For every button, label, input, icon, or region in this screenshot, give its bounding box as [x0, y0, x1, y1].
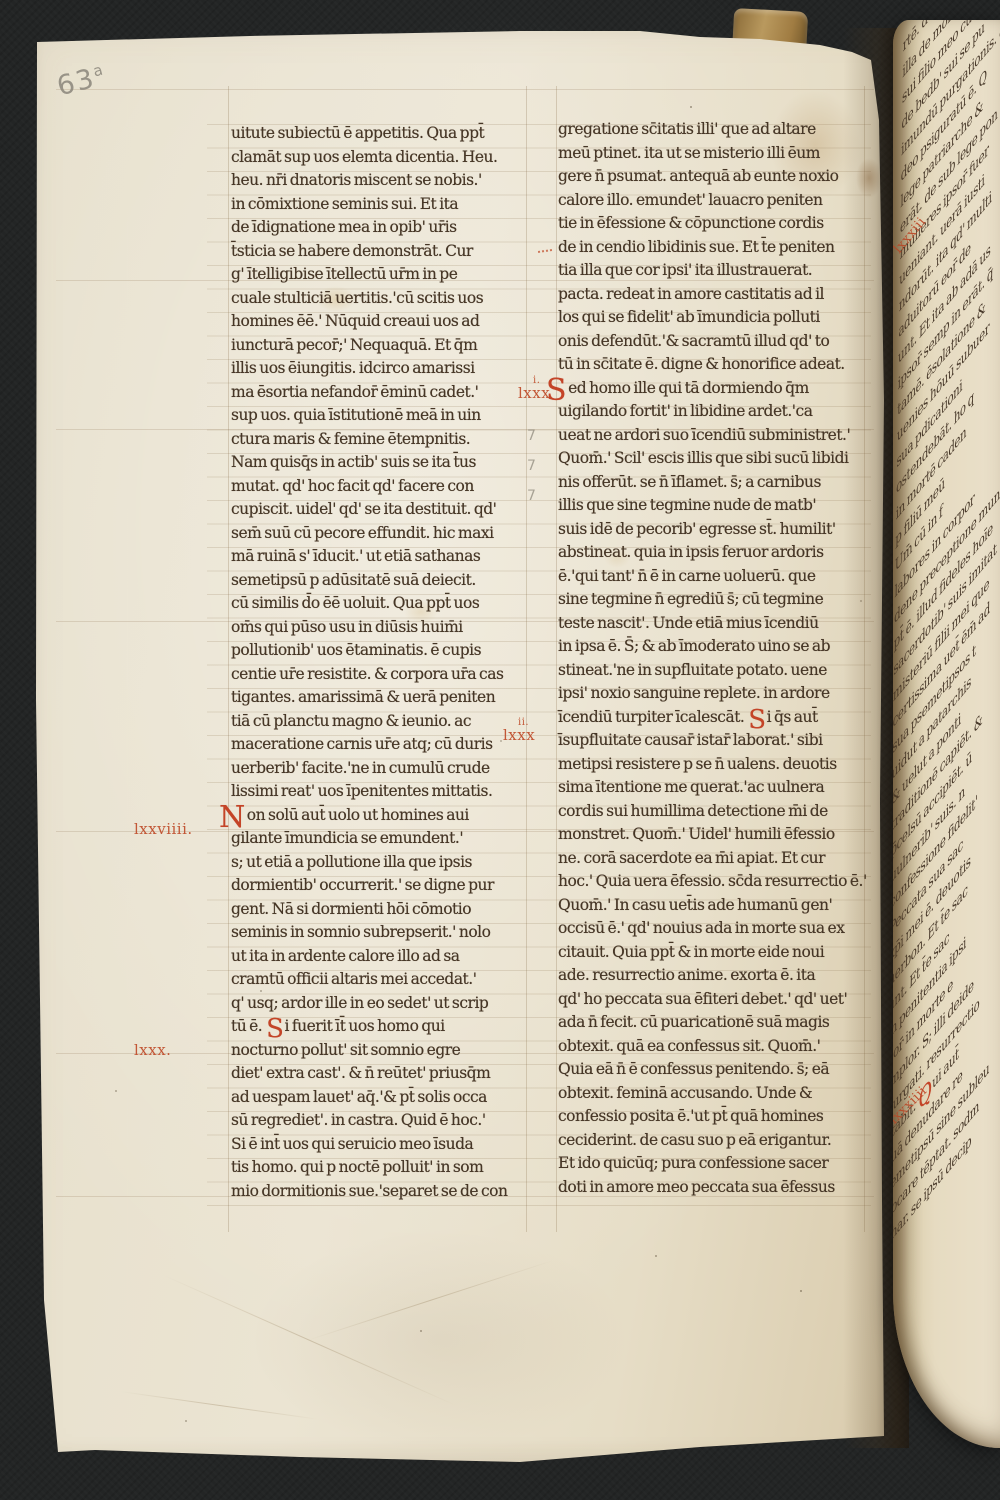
text-line: illis uos ēiungitis. idcirco amarissi: [231, 357, 527, 381]
text-line: stineat.'ne in supfluitate potato. uene: [558, 659, 866, 683]
text-line: Si ē int̄ uos qui seruicio meo īsuda: [231, 1133, 527, 1157]
text-line: pacta. redeat in amore castitatis ad il: [558, 283, 866, 307]
text-line: los qui se fidelit' ab īmundicia polluti: [558, 306, 866, 330]
parchment-crease: [306, 1260, 554, 1341]
text-line: nis offerūt. se n̄ īflamet. s̄; a carnib…: [558, 471, 866, 495]
text-line: Quom̄.' In casu uet̄is ade humanū gen': [558, 894, 866, 918]
text-line: ut ita in ardente calore illo ad sa: [231, 945, 527, 969]
text-line: gere n̄ psumat. antequā ab eunte noxio: [558, 165, 866, 189]
red-margin-mark: [538, 249, 552, 253]
text-line: Sed homo ille qui tā dormiendo q̄m: [558, 377, 866, 401]
text-line: Nam quisq̄s in actib' suis se ita t̄us: [231, 451, 527, 475]
text-line: om̄s qui pūso usu in diūsis huim̄i: [231, 616, 527, 640]
text-line: tie in ēfessione & cōpunctione cordis: [558, 212, 866, 236]
text-line: q' usq; ardor ille in eo sedet' ut scrip: [231, 992, 527, 1016]
text-line: uerberib' facite.'ne in cumulū crude: [231, 757, 527, 781]
text-line: Quom̄.' Scil' escis illis que sibi sucū …: [558, 447, 866, 471]
text-line: lissimi reat' uos īpenitentes mittatis.: [231, 780, 527, 804]
parchment-crease: [121, 1391, 319, 1420]
text-line: teste nascit'. Unde etiā mius īcendiū: [558, 612, 866, 636]
text-line: ada n̄ fecit. cū puaricationē suā magis: [558, 1011, 866, 1035]
text-line: heu. nr̄i dnatoris miscent se nobis.': [231, 169, 527, 193]
text-line: abstineat. quia in ipsis feruor ardoris: [558, 541, 866, 565]
text-line: hoc.' Quia uera ēfessio. sc̄da resurrect…: [558, 870, 866, 894]
text-line: metipsi resistere p se n̄ ualens. deuoti…: [558, 753, 866, 777]
margin-number-lxxx: lxxx.: [134, 1041, 171, 1059]
text-line: mutat. qd' hoc facit qd' facere con: [231, 475, 527, 499]
text-line: monstret. Quom̄.' Uidel' humili ēfessio: [558, 823, 866, 847]
text-line: cupiscit. uidel' qd' se ita destituit. q…: [231, 498, 527, 522]
photo-background: 63a lxxviiii. lxxx. i.lxxx ii.lxxx 7 7 7…: [0, 0, 1000, 1500]
text-line: sine tegmine n̄ egrediū s̄; cū tegmine: [558, 588, 866, 612]
text-line: sū regrediet'. in castra. Quid ē hoc.': [231, 1109, 527, 1133]
text-line: tis homo. qui p noctē polluit' in som: [231, 1156, 527, 1180]
text-line: cramtū officii altaris mei accedat.': [231, 968, 527, 992]
text-line: diet' extra cast'. & n̄ reūtet' priusq̄m: [231, 1062, 527, 1086]
text-line: uigilando fortit' in libidine ardet.'ca: [558, 400, 866, 424]
text-line: nocturno pollut' sit somnio egre: [231, 1039, 527, 1063]
parchment-crease: [164, 1275, 457, 1406]
text-line: ipsi' noxio sanguine replete. in ardore: [558, 682, 866, 706]
next-page-text: rtē. de morte ad imilla de morte ereptas…: [893, 20, 1000, 1256]
text-line: pollutionib' uos ētaminatis. ē cupis: [231, 639, 527, 663]
text-line: mā ruinā s' īducit.' ut etiā sathanas: [231, 545, 527, 569]
text-line: īcendiū turpiter īcalescāt. Si q̄s aut̄: [558, 706, 866, 730]
text-line: ma ēsortia nefandor̄ ēminū cadet.': [231, 381, 527, 405]
horizontal-ruling: [56, 89, 874, 90]
text-line: uitute subiectū ē appetitis. Qua ppt̄: [231, 122, 527, 146]
text-line: clamāt sup uos elemta dicentia. Heu.: [231, 146, 527, 170]
text-line: sima ītentione me querat.'ac uulnera: [558, 776, 866, 800]
text-line: cuale stulticiā uertitis.'cū scitis uos: [231, 287, 527, 311]
text-line: cordis sui humillima detectione m̄i de: [558, 800, 866, 824]
text-line: in cōmixtione seminis sui. Et ita: [231, 193, 527, 217]
text-line: cū similis d̄o ēē uoluit. Qua ppt̄ uos: [231, 592, 527, 616]
text-line: occisū ē.' qd' nouius ada in morte sua e…: [558, 917, 866, 941]
text-line: confessio posita ē.'ut pt̄ quā homines: [558, 1105, 866, 1129]
text-line: ne. corā sacerdote ea m̄i apiat. Et cur: [558, 847, 866, 871]
parchment-stain: [250, 1230, 630, 1450]
text-column-1: uitute subiectū ē appetitis. Qua ppt̄cla…: [231, 122, 527, 1203]
manuscript-page: 63a lxxviiii. lxxx. i.lxxx ii.lxxx 7 7 7…: [0, 0, 1000, 1500]
text-line: Quia eā n̄ ē confessus penitendo. s̄; eā: [558, 1058, 866, 1082]
vertical-ruling: [556, 86, 557, 1232]
text-line: īsupfluitate causar̄ istar̄ laborat.' si…: [558, 729, 866, 753]
margin-number-lxxviiii: lxxviiii.: [134, 820, 193, 838]
text-line: in ipsa ē. S̄; & ab īmoderato uino se ab: [558, 635, 866, 659]
text-line: de in cendio libidinis sue. Et t̄e penit…: [558, 236, 866, 260]
text-line: centie ur̄e resistite. & corpora ur̄a ca…: [231, 663, 527, 687]
text-line: citauit. Quia ppt̄ & in morte eide noui: [558, 941, 866, 965]
text-line: Et ido quicūq; pura confessione sacer: [558, 1152, 866, 1176]
text-line: ē.'qui tant' n̄ ē in carne uoluerū. que: [558, 565, 866, 589]
text-line: tia illa que cor ipsi' ita illustrauerat…: [558, 259, 866, 283]
text-line: qd' ho peccata sua ēfiteri debet.' qd' u…: [558, 988, 866, 1012]
text-line: illis que sine tegmine nude de matb': [558, 494, 866, 518]
text-line: g' ītelligibise ītellectū ur̄m in pe: [231, 263, 527, 287]
text-line: s; ut etiā a pollutione illa que ipsis: [231, 851, 527, 875]
text-line: suis idē de pecorib' egresse st̄. humili…: [558, 518, 866, 542]
text-line: ueat ne ardori suo īcendiū subministret.…: [558, 424, 866, 448]
text-line: t̄sticia se habere demonstrāt. Cur: [231, 240, 527, 264]
text-line: seminis in somnio subrepserit.' nolo: [231, 921, 527, 945]
text-line: semetipsū p adūsitatē suā deiecit.: [231, 569, 527, 593]
text-line: tū ē. Si fuerit īt̄ uos homo qui: [231, 1015, 527, 1039]
text-line: ad uespam lauet' aq̄.'& pt̄ solis occa: [231, 1086, 527, 1110]
text-line: gilante īmundicia se emundent.': [231, 827, 527, 851]
text-line: de īdignatione mea in opib' ur̄is: [231, 216, 527, 240]
text-line: ade. resurrectio anime. exorta ē. ita: [558, 964, 866, 988]
text-line: obtexit. quā ea confessus sit. Quom̄.': [558, 1035, 866, 1059]
text-line: homines ēē.' Nūquid creaui uos ad: [231, 310, 527, 334]
text-line: tiā cū planctu magno & ieunio. ac: [231, 710, 527, 734]
text-column-2: gregatione sc̄itatis illi' que ad altare…: [558, 118, 866, 1199]
text-line: dormientib' occurrerit.' se digne pur: [231, 874, 527, 898]
text-line: tigantes. amarissimā & uerā peniten: [231, 686, 527, 710]
text-line: Non solū aut̄ uolo ut homines aui: [231, 804, 527, 828]
text-line: gent. Nā si dormienti hōi cōmotio: [231, 898, 527, 922]
text-line: sem̄ suū cū pecore effundit. hic maxi: [231, 522, 527, 546]
quire-mark: 7: [527, 458, 536, 474]
text-line: maceratione carnis ur̄e atq; cū duris: [231, 733, 527, 757]
text-line: sup uos. quia īstitutionē meā in uin: [231, 404, 527, 428]
text-line: onis defendūt.'& sacramtū illud qd' to: [558, 330, 866, 354]
gutter-number-superscript: i.: [533, 375, 540, 386]
next-page-edge: rtē. de morte ad imilla de morte ereptas…: [893, 20, 1000, 1448]
quire-mark: 7: [527, 428, 536, 444]
text-line: mio dormitionis sue.'separet se de con: [231, 1180, 527, 1204]
text-line: obtexit. feminā accusando. Unde &: [558, 1082, 866, 1106]
text-line: meū ptinet. ita ut se misterio illi ēum: [558, 142, 866, 166]
text-line: ceciderint. de casu suo p eā erigantur.: [558, 1129, 866, 1153]
folio-number: 63a: [54, 61, 108, 103]
text-line: ctura maris & femine ētempnitis.: [231, 428, 527, 452]
text-line: iuncturā pecor̄;' Nequaquā. Et q̄m: [231, 334, 527, 358]
text-line: doti in amore meo peccata sua ēfessus: [558, 1176, 866, 1200]
text-line: calore illo. emundet' lauacro peniten: [558, 189, 866, 213]
text-line: gregatione sc̄itatis illi' que ad altare: [558, 118, 866, 142]
text-line: tū in sc̄itate ē. digne & honorifice ade…: [558, 353, 866, 377]
vertical-ruling: [228, 86, 229, 1232]
quire-mark: 7: [527, 488, 536, 504]
